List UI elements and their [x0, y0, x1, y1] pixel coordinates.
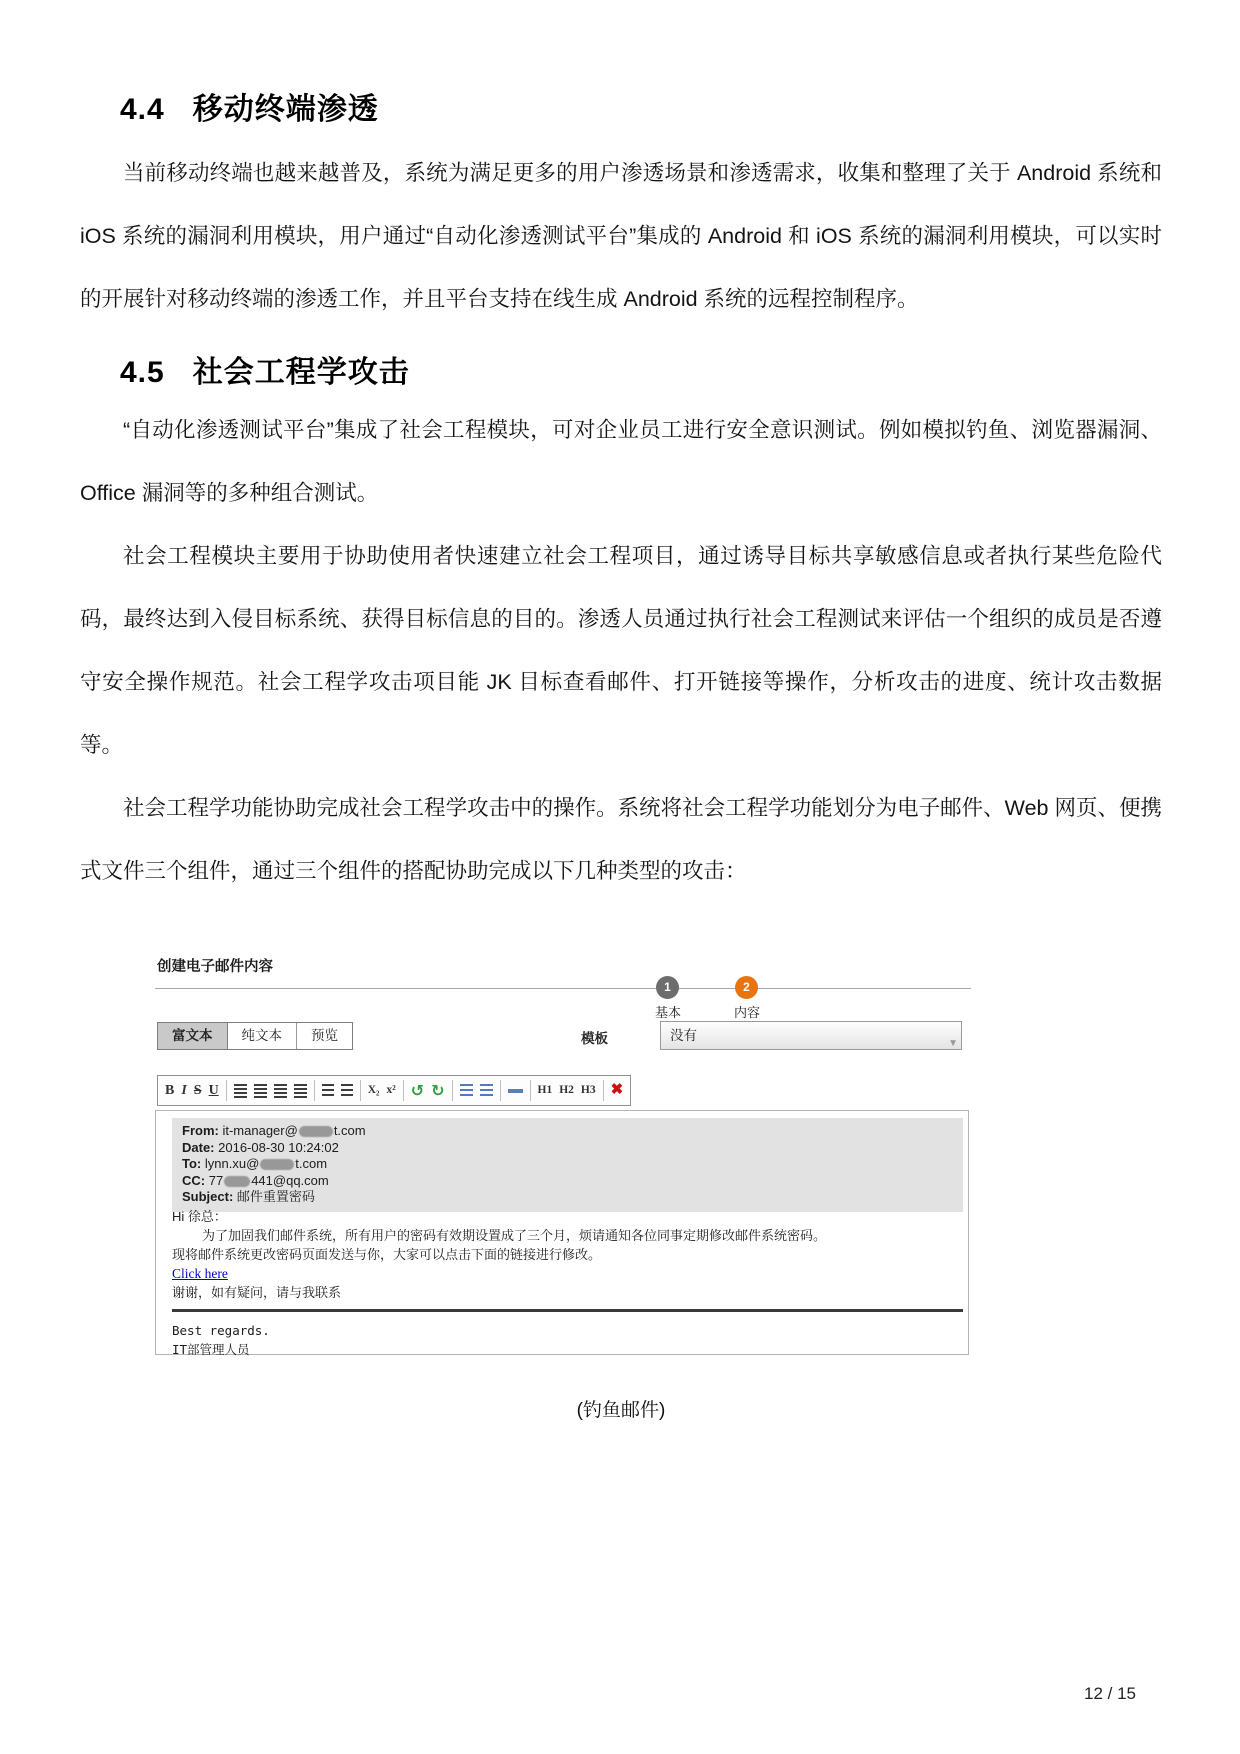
paragraph: 社会工程学功能协助完成社会工程学攻击中的操作。系统将社会工程学功能划分为电子邮件… — [80, 777, 1162, 903]
indent-icon[interactable] — [341, 1084, 353, 1098]
section-title: 移动终端渗透 — [193, 93, 379, 126]
redaction-blob — [224, 1176, 250, 1187]
email-header-block: From: it-manager@t.com Date: 2016-08-30 … — [172, 1118, 963, 1212]
to-value: lynn.xu@ — [205, 1156, 259, 1171]
from-label: From: — [182, 1123, 219, 1138]
h2-icon[interactable]: H2 — [559, 1085, 574, 1097]
to-label: To: — [182, 1156, 201, 1171]
delete-icon[interactable]: ✖ — [611, 1083, 624, 1098]
formatting-toolbar: B I S U X₂ x² ↺ ↻ — [157, 1075, 631, 1106]
page-content: 4.4移动终端渗透 当前移动终端也越来越普及，系统为满足更多的用户渗透场景和渗透… — [80, 84, 1162, 1422]
toolbar-separator — [403, 1080, 404, 1101]
cc-label: CC: — [182, 1173, 205, 1188]
document-page: 4.4移动终端渗透 当前移动终端也越来越普及，系统为满足更多的用户渗透场景和渗透… — [0, 0, 1240, 1754]
subject-label: Subject: — [182, 1189, 233, 1204]
section-number: 4.4 — [120, 93, 165, 126]
tab-plain-text[interactable]: 纯文本 — [228, 1023, 298, 1049]
ordered-list-icon[interactable] — [480, 1084, 493, 1098]
horizontal-rule-icon[interactable] — [508, 1089, 523, 1093]
toolbar-separator — [452, 1080, 453, 1101]
tab-preview[interactable]: 预览 — [297, 1023, 352, 1049]
paragraph: 当前移动终端也越来越普及，系统为满足更多的用户渗透场景和渗透需求，收集和整理了关… — [80, 142, 1162, 331]
superscript-icon[interactable]: x² — [386, 1085, 395, 1097]
editor-tabs: 富文本 纯文本 预览 — [157, 1022, 353, 1050]
subscript-icon[interactable]: X₂ — [368, 1085, 380, 1097]
align-justify-icon[interactable] — [294, 1084, 307, 1098]
email-header-row: From: it-manager@t.com — [182, 1123, 953, 1140]
email-body-line: 为了加固我们邮件系统，所有用户的密码有效期设置成了三个月，烦请通知各位同事定期修… — [172, 1226, 963, 1245]
email-editor-area[interactable]: From: it-manager@t.com Date: 2016-08-30 … — [155, 1110, 969, 1355]
underline-icon[interactable]: U — [209, 1084, 219, 1098]
redaction-blob — [260, 1159, 294, 1170]
h1-icon[interactable]: H1 — [538, 1085, 553, 1097]
wizard-step-basic[interactable]: 1 — [656, 976, 679, 999]
section-heading-4-5: 4.5社会工程学攻击 — [120, 347, 1162, 391]
toolbar-separator — [603, 1080, 604, 1101]
toolbar-separator — [500, 1080, 501, 1101]
email-body-line: 现将邮件系统更改密码页面发送与你，大家可以点击下面的链接进行修改。 — [172, 1245, 963, 1264]
email-header-row: To: lynn.xu@t.com — [182, 1156, 953, 1173]
phishing-link[interactable]: Click here — [172, 1266, 228, 1281]
bold-icon[interactable]: B — [165, 1084, 174, 1098]
email-builder-screenshot: 创建电子邮件内容 1 基本 2 内容 富文本 纯文本 预览 模板 没有 ▼ B … — [155, 955, 971, 1355]
email-body: Hi 徐总： 为了加固我们邮件系统，所有用户的密码有效期设置成了三个月，烦请通知… — [172, 1207, 963, 1359]
redaction-blob — [299, 1126, 333, 1137]
figure-caption: (钓鱼邮件) — [80, 1395, 1162, 1422]
signature-line: IT部管理人员 — [172, 1340, 963, 1359]
wizard-step-content-label: 内容 — [724, 1002, 770, 1021]
divider — [155, 988, 971, 989]
wizard-step-content[interactable]: 2 — [735, 976, 758, 999]
wizard-step-basic-label: 基本 — [645, 1002, 691, 1021]
paragraph: “自动化渗透测试平台”集成了社会工程模块，可对企业员工进行安全意识测试。例如模拟… — [80, 399, 1162, 525]
subject-value: 邮件重置密码 — [237, 1189, 315, 1204]
to-domain: t.com — [295, 1156, 327, 1171]
chevron-down-icon: ▼ — [948, 1030, 958, 1057]
toolbar-separator — [360, 1080, 361, 1101]
signature-divider — [172, 1309, 963, 1312]
page-number: 12 / 15 — [1084, 1684, 1136, 1704]
cc-suffix: 441@qq.com — [251, 1173, 329, 1188]
align-right-icon[interactable] — [274, 1084, 287, 1098]
paragraph: 社会工程模块主要用于协助使用者快速建立社会工程项目，通过诱导目标共享敏感信息或者… — [80, 525, 1162, 777]
unordered-list-icon[interactable] — [460, 1084, 473, 1098]
date-label: Date: — [182, 1140, 215, 1155]
template-select[interactable]: 没有 ▼ — [660, 1021, 962, 1050]
email-greeting: Hi 徐总： — [172, 1207, 963, 1226]
section-number: 4.5 — [120, 356, 165, 389]
toolbar-separator — [530, 1080, 531, 1101]
email-header-row: Subject: 邮件重置密码 — [182, 1189, 953, 1206]
align-left-icon[interactable] — [234, 1084, 247, 1098]
undo-icon[interactable]: ↺ — [411, 1083, 424, 1099]
email-header-row: CC: 77441@qq.com — [182, 1173, 953, 1190]
tab-rich-text[interactable]: 富文本 — [158, 1023, 228, 1049]
email-body-line: 谢谢，如有疑问，请与我联系 — [172, 1283, 963, 1302]
h3-icon[interactable]: H3 — [581, 1085, 596, 1097]
toolbar-separator — [226, 1080, 227, 1101]
from-value: it-manager@ — [222, 1123, 297, 1138]
panel-title: 创建电子邮件内容 — [157, 955, 273, 976]
strikethrough-icon[interactable]: S — [194, 1084, 202, 1098]
italic-icon[interactable]: I — [181, 1084, 186, 1098]
outdent-icon[interactable] — [322, 1084, 334, 1098]
section-title: 社会工程学攻击 — [193, 356, 410, 389]
signature-line: Best regards. — [172, 1321, 963, 1340]
cc-value: 77 — [209, 1173, 223, 1188]
from-domain: t.com — [334, 1123, 366, 1138]
redo-icon[interactable]: ↻ — [431, 1083, 444, 1099]
email-header-row: Date: 2016-08-30 10:24:02 — [182, 1140, 953, 1157]
template-label: 模板 — [581, 1027, 608, 1047]
date-value: 2016-08-30 10:24:02 — [218, 1140, 339, 1155]
section-heading-4-4: 4.4移动终端渗透 — [120, 84, 1162, 128]
align-center-icon[interactable] — [254, 1084, 267, 1098]
template-selected-value: 没有 — [670, 1028, 697, 1043]
toolbar-separator — [314, 1080, 315, 1101]
